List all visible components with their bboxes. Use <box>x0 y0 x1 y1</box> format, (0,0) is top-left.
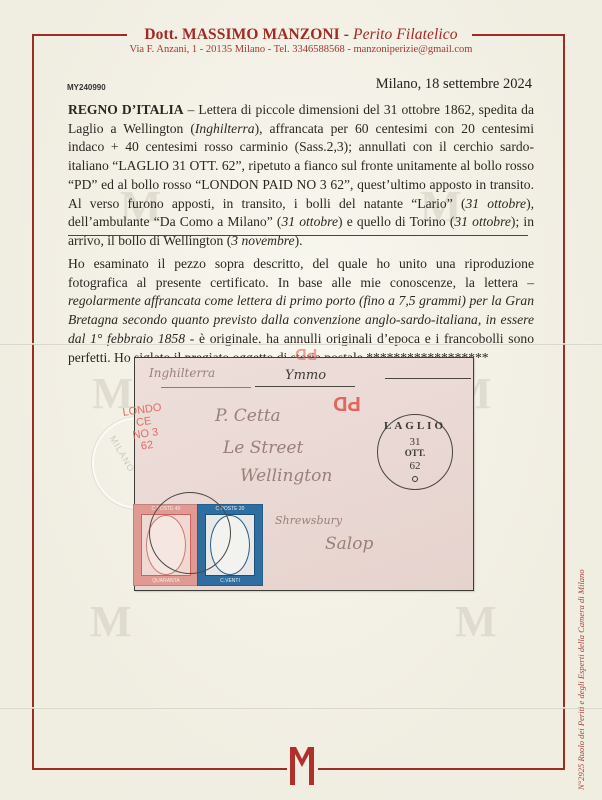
section-divider <box>68 235 528 236</box>
manuscript-destination-note: Inghilterra <box>149 366 215 380</box>
certificate-id: MY240990 <box>67 83 106 92</box>
watermark-monogram: M <box>90 600 132 644</box>
italic-text: 31 ottobre <box>466 196 527 211</box>
watermark-monogram: M <box>455 600 497 644</box>
italic-text: 31 ottobre <box>454 214 511 229</box>
description-body: Lettera di piccole dimensioni del 31 ott… <box>68 102 534 248</box>
place-date: Milano, 18 settembre 2024 <box>376 76 532 93</box>
address-line: Salop <box>325 534 373 554</box>
mm-monogram-icon <box>287 745 317 787</box>
address-line: Le Street <box>223 438 303 458</box>
stamp-bottom-label: C.VENTI <box>198 578 262 584</box>
cancel-day: 31 <box>378 436 452 448</box>
letter-photograph: Inghilterra Ymmo PD PD P. Cetta Le Stree… <box>134 357 474 591</box>
manuscript-rate-note: Ymmo <box>285 368 326 383</box>
pd-red-mark: PD <box>333 391 361 414</box>
expert-name: Dott. MASSIMO MANZONI <box>144 26 339 43</box>
frame-border-bottom-right <box>318 768 565 770</box>
registry-note: N°2925 Ruolo dei Periti e degli Esperti … <box>576 569 586 790</box>
letterhead: Dott. MASSIMO MANZONI - Perito Filatelic… <box>0 26 602 55</box>
separator: - <box>340 26 353 43</box>
expert-name-line: Dott. MASSIMO MANZONI - Perito Filatelic… <box>0 26 602 44</box>
underline <box>161 387 251 388</box>
italic-text: 31 ottobre <box>281 214 338 229</box>
pd-red-mark-partial: PD <box>295 344 317 362</box>
underline <box>255 386 355 387</box>
address-line: Shrewsbury <box>275 514 342 527</box>
text: ) e quello di Torino ( <box>338 214 454 229</box>
description-heading: REGNO D’ITALIA <box>68 102 184 117</box>
italic-text: Inghilterra <box>195 121 255 136</box>
stamp-bottom-label: QUARANTA <box>134 578 198 584</box>
expert-title: Perito Filatelico <box>353 26 458 43</box>
cancel-year: 62 <box>378 460 452 472</box>
stamp-cancel-ring <box>149 492 231 574</box>
cancel-dot <box>412 476 418 482</box>
expert-address: Via F. Anzani, 1 - 20135 Milano - Tel. 3… <box>0 44 602 55</box>
pen-stroke <box>385 378 471 379</box>
text: Ho esaminato il pezzo sopra descritto, d… <box>68 256 534 290</box>
frame-border-right <box>563 34 565 770</box>
laglio-cancel: LAGLIO 31 OTT. 62 <box>377 414 453 490</box>
address-line: P. Cetta <box>215 406 281 426</box>
london-paid-mark: LONDO CE NO 3 62 <box>122 402 167 455</box>
dash: – <box>184 102 199 117</box>
frame-border-bottom-left <box>32 768 287 770</box>
description-paragraph: REGNO D’ITALIA – Lettera di piccole dime… <box>68 101 534 251</box>
address-line: Wellington <box>240 466 332 486</box>
cancel-town: LAGLIO <box>378 420 452 432</box>
fold-line <box>0 707 602 709</box>
fold-line <box>0 343 602 345</box>
cancel-month: OTT. <box>378 448 452 458</box>
frame-border-left <box>32 34 34 770</box>
